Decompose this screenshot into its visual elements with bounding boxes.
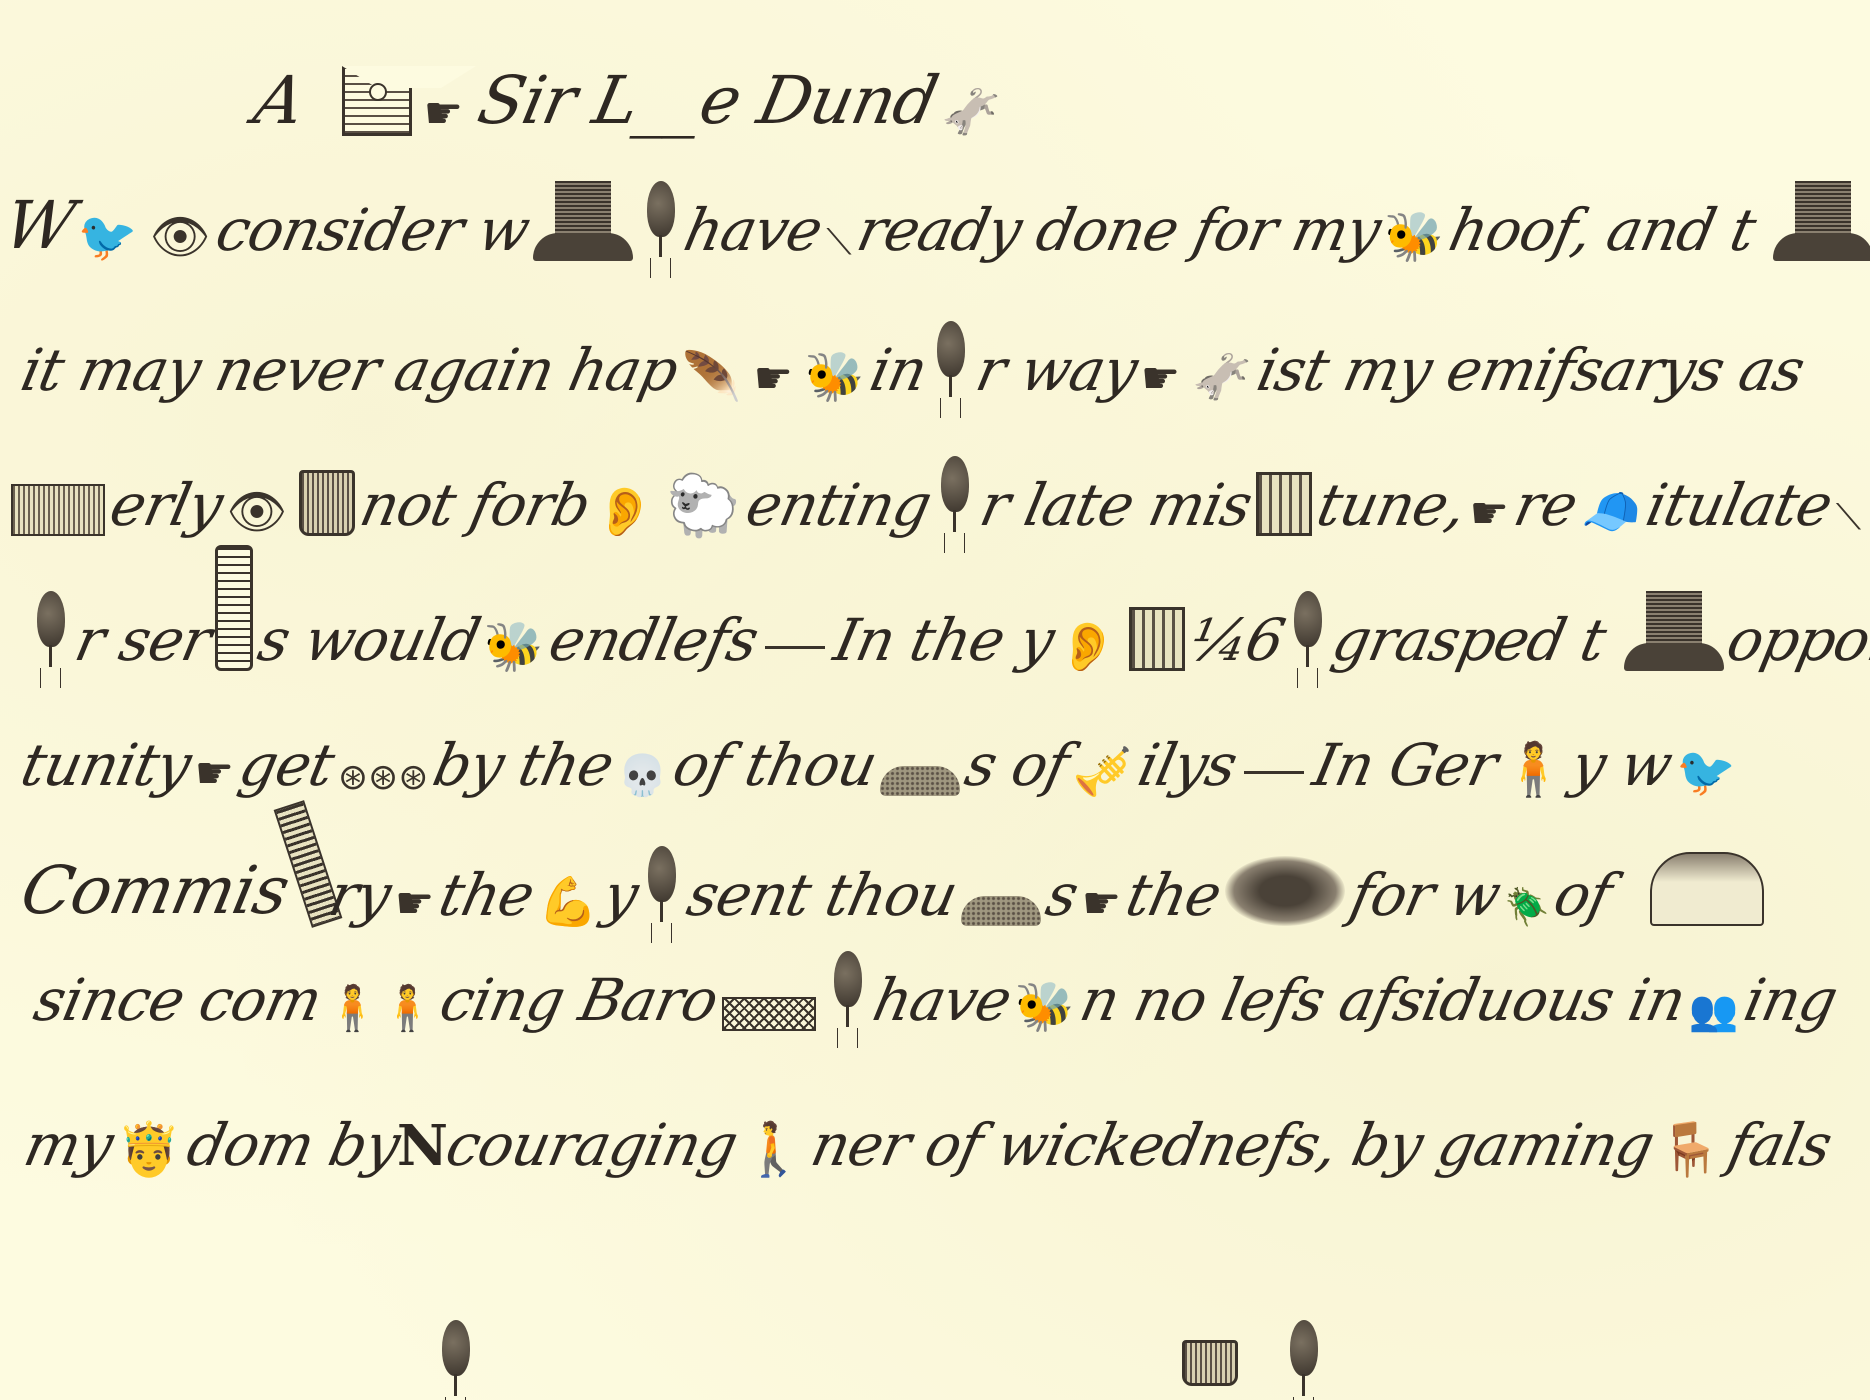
word: r late mis [974, 476, 1256, 540]
heading-line: A ☛ Sir L__e Dund 🫏 [0, 20, 1870, 140]
crow-icon: 🐦 [78, 213, 138, 261]
word: oppor [1721, 611, 1870, 675]
bench-icon [11, 484, 105, 536]
crow-icon: 🐦 [1676, 748, 1736, 796]
heading-recipient: Sir L__e Dund [471, 68, 942, 140]
seated-man-icon: 🪑 [1658, 1124, 1723, 1176]
word: my [18, 1116, 117, 1180]
word: dom by [181, 1116, 404, 1180]
tree-icon [642, 846, 682, 926]
corkscrew-icon [215, 545, 253, 671]
word: itulate [1640, 476, 1837, 540]
tree-icon [436, 1320, 476, 1400]
word: of thou [667, 736, 881, 800]
pointing-hand-icon: ☛ [195, 752, 234, 796]
word: ing [1738, 971, 1842, 1035]
tree-icon [641, 181, 679, 261]
text-line-6: Commis ry ☛ the 💪 y sent thou s ☛ the fo… [0, 800, 1870, 930]
coins-icon: ⊛⊛⊛ [338, 760, 429, 796]
dash-divider [1244, 771, 1304, 774]
text-line-9-partial [0, 1310, 1870, 1400]
two-men-icon: 🧍🧍 [325, 987, 435, 1031]
word: not forb [355, 476, 596, 540]
tree-icon [935, 456, 975, 536]
heading-word-a: A [247, 68, 309, 140]
pointing-hand-icon: ☛ [753, 357, 792, 401]
word: by the [428, 736, 619, 800]
mug-icon [1182, 1340, 1238, 1386]
word: ilys [1132, 736, 1241, 800]
word: fals [1722, 1116, 1836, 1180]
word: hoof, and t [1443, 201, 1760, 265]
word: get [233, 736, 338, 800]
word: ist my emifsarys as [1251, 341, 1809, 405]
bee-icon: 🐝 [1015, 983, 1075, 1031]
lamb-icon: 🐑 [666, 476, 741, 536]
skull-icon: 💀 [618, 756, 668, 796]
text-line-5: tunity ☛ get ⊛⊛⊛ by the 💀 of thou s of 🎺… [0, 680, 1870, 800]
word: ner of wickednefs, by gaming [805, 1116, 1658, 1180]
eye-icon: 👁 [150, 213, 211, 261]
bee-icon: 🐝 [805, 353, 865, 401]
word: enting [740, 476, 936, 540]
word: couraging [440, 1116, 742, 1180]
text-line-3: erly 👁 not forb 👂 🐑 enting r late mis tu… [0, 420, 1870, 540]
hat-icon [1624, 591, 1723, 671]
word: s of [959, 736, 1073, 800]
sand-pile-icon [880, 766, 960, 796]
word: have [867, 971, 1016, 1035]
word: re [1508, 476, 1582, 540]
quill-icon: 🪶 [682, 353, 742, 401]
ear-icon: 👂 [595, 488, 655, 536]
eye-icon: 👁 [226, 488, 287, 536]
dash-divider [765, 646, 824, 649]
word: In the y [828, 611, 1059, 675]
word: endlefs [543, 611, 763, 675]
word: y w [1565, 736, 1676, 800]
text-line-8: my 🤴 dom by N couraging 🚶 ner of wickedn… [0, 1060, 1870, 1180]
ear-icon: 👂 [1057, 623, 1117, 671]
word: tunity [15, 736, 195, 800]
letter-icon [342, 66, 412, 136]
mug-icon [299, 470, 355, 536]
donkey-icon: 🫏 [1192, 353, 1252, 401]
word: s would [252, 611, 484, 675]
cap-icon: 🧢 [1581, 488, 1641, 536]
pointing-hand-icon: ☛ [1141, 357, 1180, 401]
tree-icon [31, 591, 70, 671]
pointing-hand-icon: ☛ [1470, 492, 1509, 536]
man-icon: 🧍 [1501, 744, 1566, 796]
word: n no lefs afsiduous in [1074, 971, 1690, 1035]
text-line-7: since com 🧍🧍 cing Baro have 🐝 n no lefs … [0, 915, 1870, 1035]
man-with-stick-icon: 🚶 [741, 1124, 806, 1176]
word: N [397, 1118, 447, 1180]
word: erly [104, 476, 227, 540]
document-page: A ☛ Sir L__e Dund 🫏 W 🐦 👁 consider w hav… [0, 0, 1870, 1400]
castle-icon [1129, 607, 1184, 671]
awl-icon: ⟍ [1836, 500, 1861, 536]
tree-icon [1288, 591, 1327, 671]
word: have [678, 201, 827, 265]
word: tune, [1311, 476, 1470, 540]
tree-icon [1284, 1320, 1324, 1400]
crowd-icon: 👥 [1689, 991, 1739, 1031]
king-icon: 🤴 [117, 1124, 182, 1176]
word: ¼6 [1184, 611, 1289, 675]
text-line-2: it may never again hap 🪶 ☛ 🐝 in r way ☛ … [0, 285, 1870, 405]
trumpeter-icon: 🎺 [1073, 748, 1133, 796]
word: it may never again hap [15, 341, 682, 405]
castle-icon [1256, 472, 1312, 536]
net-icon [722, 997, 816, 1031]
word: In Ger [1307, 736, 1502, 800]
bee-icon: 🐝 [484, 623, 544, 671]
word: ready done for my [851, 201, 1385, 265]
donkey-icon: 🫏 [941, 88, 1001, 136]
tree-icon [931, 321, 971, 401]
word: consider w [210, 201, 534, 265]
word: r way [970, 341, 1142, 405]
text-line-4: r ser s would 🐝 endlefs In the y 👂 ¼6 gr… [0, 555, 1870, 675]
awl-icon: ⟍ [826, 225, 851, 261]
hat-icon [1773, 181, 1869, 261]
tree-icon [828, 951, 868, 1031]
word: grasped t [1326, 611, 1610, 675]
word: W [0, 193, 79, 265]
hat-icon [533, 181, 629, 261]
pointing-hand-icon: ☛ [424, 92, 463, 136]
word: cing Baro [434, 971, 722, 1035]
word: r ser [70, 611, 217, 675]
bee-icon: 🐝 [1384, 213, 1444, 261]
word: since com [28, 971, 326, 1035]
word: in [864, 341, 932, 405]
text-line-1: W 🐦 👁 consider w have ⟍ ready done for m… [0, 145, 1870, 265]
